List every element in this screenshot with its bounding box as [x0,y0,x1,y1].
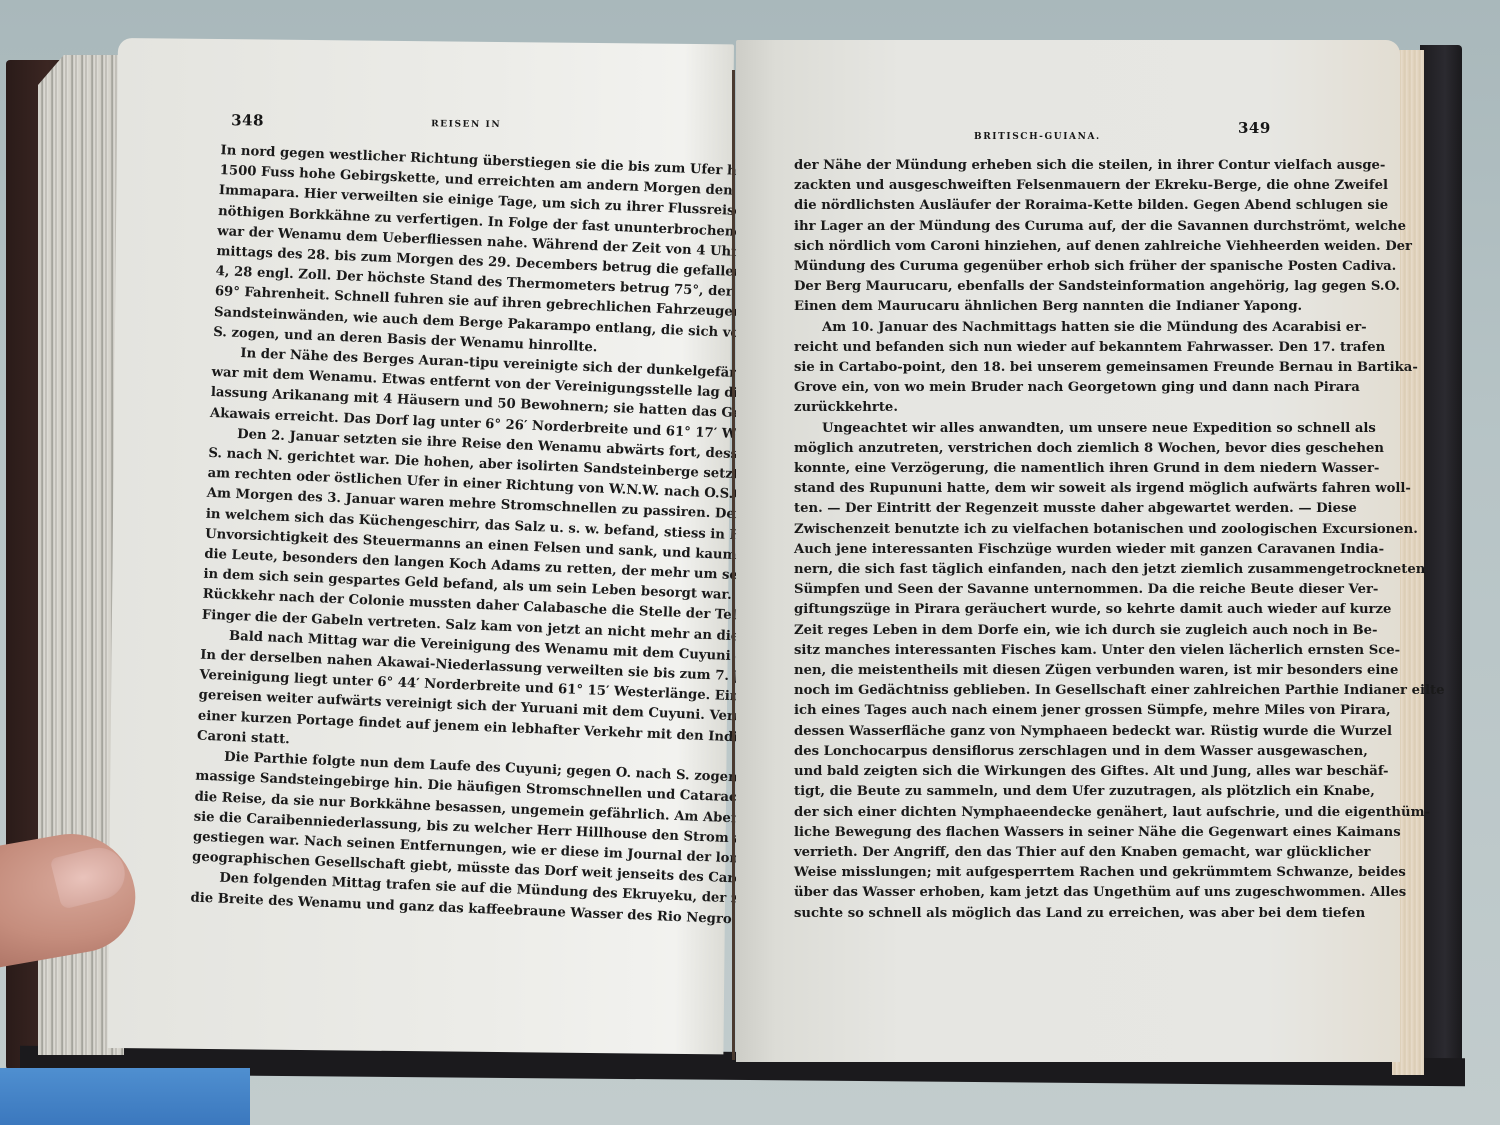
text-line: nern, die sich fast täglich einfanden, n… [794,560,1299,580]
text-line: der Nähe der Mündung erheben sich die st… [794,156,1299,176]
right-page-body: der Nähe der Mündung erheben sich die st… [794,156,1299,924]
text-line: sie in Cartabo-point, den 18. bei unsere… [794,358,1299,378]
text-line: ihr Lager an der Mündung des Curuma auf,… [794,217,1299,237]
text-line: nen, die meistentheils mit diesen Zügen … [794,661,1299,681]
text-line: Grove ein, von wo mein Bruder nach Georg… [794,378,1299,398]
text-line: suchte so schnell als möglich das Land z… [794,904,1299,924]
text-line: dessen Wasserfläche ganz von Nymphaeen b… [794,722,1299,742]
left-page-body: In nord gegen westlicher Richtung überst… [190,141,700,927]
text-line: Sümpfen und Seen der Savanne unternommen… [794,580,1299,600]
text-line: Ungeachtet wir alles anwandten, um unser… [794,419,1299,439]
text-line: Am 10. Januar des Nachmittags hatten sie… [794,318,1299,338]
left-page: 348 REISEN IN In nord gegen westlicher R… [107,38,734,1054]
text-line: und bald zeigten sich die Wirkungen des … [794,762,1299,782]
text-line: Mündung des Curuma gegenüber erhob sich … [794,257,1299,277]
text-line: Der Berg Maurucaru, ebenfalls der Sandst… [794,277,1299,297]
running-head-right: BRITISCH-GUIANA. [974,132,1101,142]
page-number-right: 349 [1238,119,1271,137]
text-line: liche Bewegung des flachen Wassers in se… [794,823,1299,843]
text-line: stand des Rupununi hatte, dem wir soweit… [794,479,1299,499]
text-line: Zeit reges Leben in dem Dorfe ein, wie i… [794,621,1299,641]
text-line: des Lonchocarpus densiflorus zerschlagen… [794,742,1299,762]
text-line: die nördlichsten Ausläufer der Roraima-K… [794,196,1299,216]
book-cover-right [1420,45,1462,1080]
text-line: reicht und befanden sich nun wieder auf … [794,338,1299,358]
text-line: Einen dem Maurucaru ähnlichen Berg nannt… [794,297,1299,317]
text-line: über das Wasser erhoben, kam jetzt das U… [794,883,1299,903]
text-line: verrieth. Der Angriff, den das Thier auf… [794,843,1299,863]
text-line: der sich einer dichten Nymphaeendecke ge… [794,803,1299,823]
text-line: konnte, eine Verzögerung, die namentlich… [794,459,1299,479]
text-line: tigt, die Beute zu sammeln, und dem Ufer… [794,782,1299,802]
text-line: giftungszüge in Pirara geräuchert wurde,… [794,600,1299,620]
text-line: ich eines Tages auch nach einem jener gr… [794,701,1299,721]
text-line: sich nördlich vom Caroni hinziehen, auf … [794,237,1299,257]
text-line: Weise misslungen; mit aufgesperrtem Rach… [794,863,1299,883]
blue-object-below-book [0,1068,250,1125]
text-line: sitz manches interessanten Fisches kam. … [794,641,1299,661]
text-line: noch im Gedächtniss geblieben. In Gesell… [794,681,1299,701]
text-line: Auch jene interessanten Fischzüge wurden… [794,540,1299,560]
text-line: Zwischenzeit benutzte ich zu vielfachen … [794,520,1299,540]
page-number-left: 348 [231,111,264,129]
right-page: BRITISCH-GUIANA. 349 der Nähe der Mündun… [736,40,1400,1062]
text-line: zurückkehrte. [794,398,1299,418]
running-head-left: REISEN IN [431,119,501,130]
book-gutter [732,70,735,1060]
photo-scene: 348 REISEN IN In nord gegen westlicher R… [0,0,1500,1125]
text-line: ten. — Der Eintritt der Regenzeit musste… [794,499,1299,519]
text-line: zackten und ausgeschweiften Felsenmauern… [794,176,1299,196]
text-line: möglich anzutreten, verstrichen doch zie… [794,439,1299,459]
